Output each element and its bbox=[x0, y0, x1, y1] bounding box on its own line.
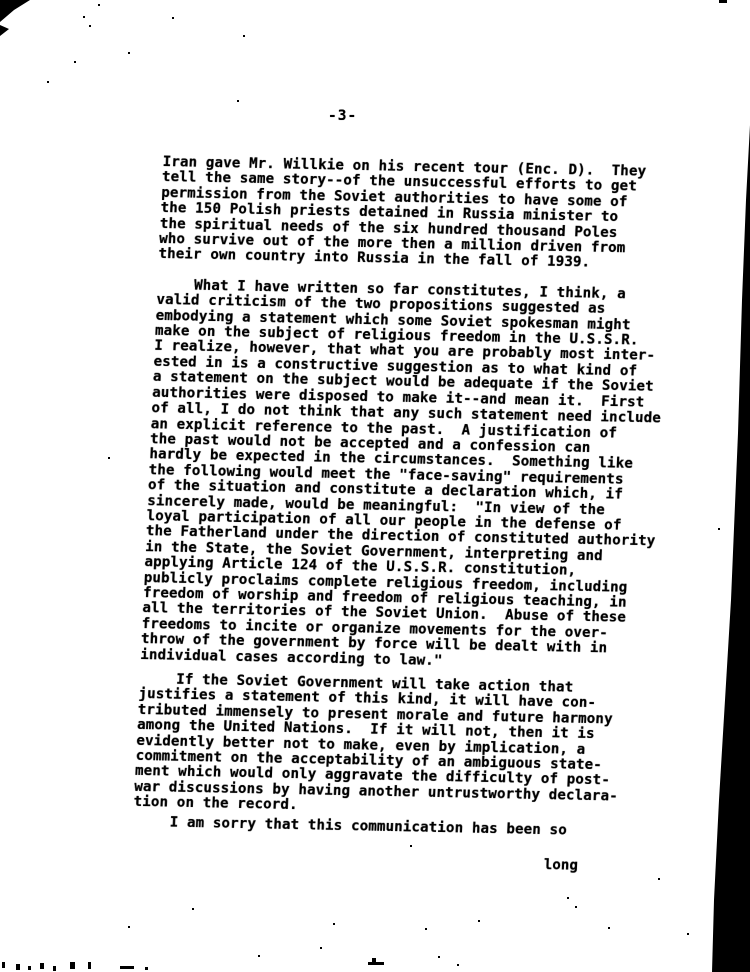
scan-speckle bbox=[192, 908, 194, 910]
scan-speckle bbox=[320, 947, 322, 949]
page-number: -3- bbox=[328, 108, 357, 124]
scan-speckle bbox=[74, 61, 76, 63]
scan-cutoff-glyph bbox=[70, 962, 75, 969]
scan-speckle bbox=[172, 17, 174, 19]
scan-speckle bbox=[425, 928, 427, 930]
scan-cutoff-glyph bbox=[368, 962, 384, 965]
typed-text-block: Iran gave Mr. Willkie on his recent tour… bbox=[132, 155, 702, 841]
scan-cutoff-glyph bbox=[28, 966, 31, 970]
scan-speckle bbox=[438, 956, 440, 958]
scan-top-edge-mark bbox=[719, 0, 727, 3]
paragraph-3: If the Soviet Government will take actio… bbox=[133, 672, 679, 821]
scan-cutoff-glyph bbox=[16, 964, 20, 970]
scan-cutoff-glyph bbox=[145, 967, 148, 970]
scan-speckle bbox=[83, 16, 85, 18]
scan-speckle bbox=[128, 52, 130, 54]
scan-corner-blotch bbox=[0, 0, 32, 24]
scan-speckle bbox=[575, 906, 577, 908]
scan-speckle bbox=[243, 35, 245, 37]
scan-speckle bbox=[567, 897, 569, 899]
scan-speckle bbox=[608, 927, 610, 929]
scan-speckle bbox=[237, 100, 239, 102]
catchword: long bbox=[543, 858, 578, 874]
paragraph-2: What I have written so far constitutes, … bbox=[140, 278, 697, 674]
scan-cutoff-glyph bbox=[120, 966, 134, 969]
scan-cutoff-glyph bbox=[2, 962, 5, 968]
scan-speckle bbox=[333, 923, 335, 925]
scan-cutoff-glyph bbox=[40, 963, 44, 969]
scan-speckle bbox=[457, 964, 459, 966]
scan-speckle bbox=[658, 878, 660, 880]
scan-cutoff-glyph bbox=[53, 966, 56, 971]
scan-speckle bbox=[410, 845, 412, 847]
scan-speckle bbox=[108, 457, 110, 459]
scanned-letter-page: -3- Iran gave Mr. Willkie on his recent … bbox=[0, 0, 750, 972]
scan-cutoff-glyph bbox=[372, 958, 376, 962]
paragraph-1: Iran gave Mr. Willkie on his recent tour… bbox=[158, 155, 702, 274]
scan-speckle bbox=[47, 81, 49, 83]
scan-speckle bbox=[128, 926, 130, 928]
scan-speckle bbox=[98, 4, 100, 6]
scan-speckle bbox=[478, 920, 480, 922]
scan-speckle bbox=[258, 955, 260, 957]
scan-cutoff-glyph bbox=[88, 962, 91, 969]
scan-speckle bbox=[687, 933, 689, 935]
scan-corner-blotch-small bbox=[0, 25, 10, 37]
scan-speckle bbox=[718, 528, 720, 530]
scan-right-edge-strip bbox=[710, 120, 750, 972]
scan-speckle bbox=[89, 25, 91, 27]
